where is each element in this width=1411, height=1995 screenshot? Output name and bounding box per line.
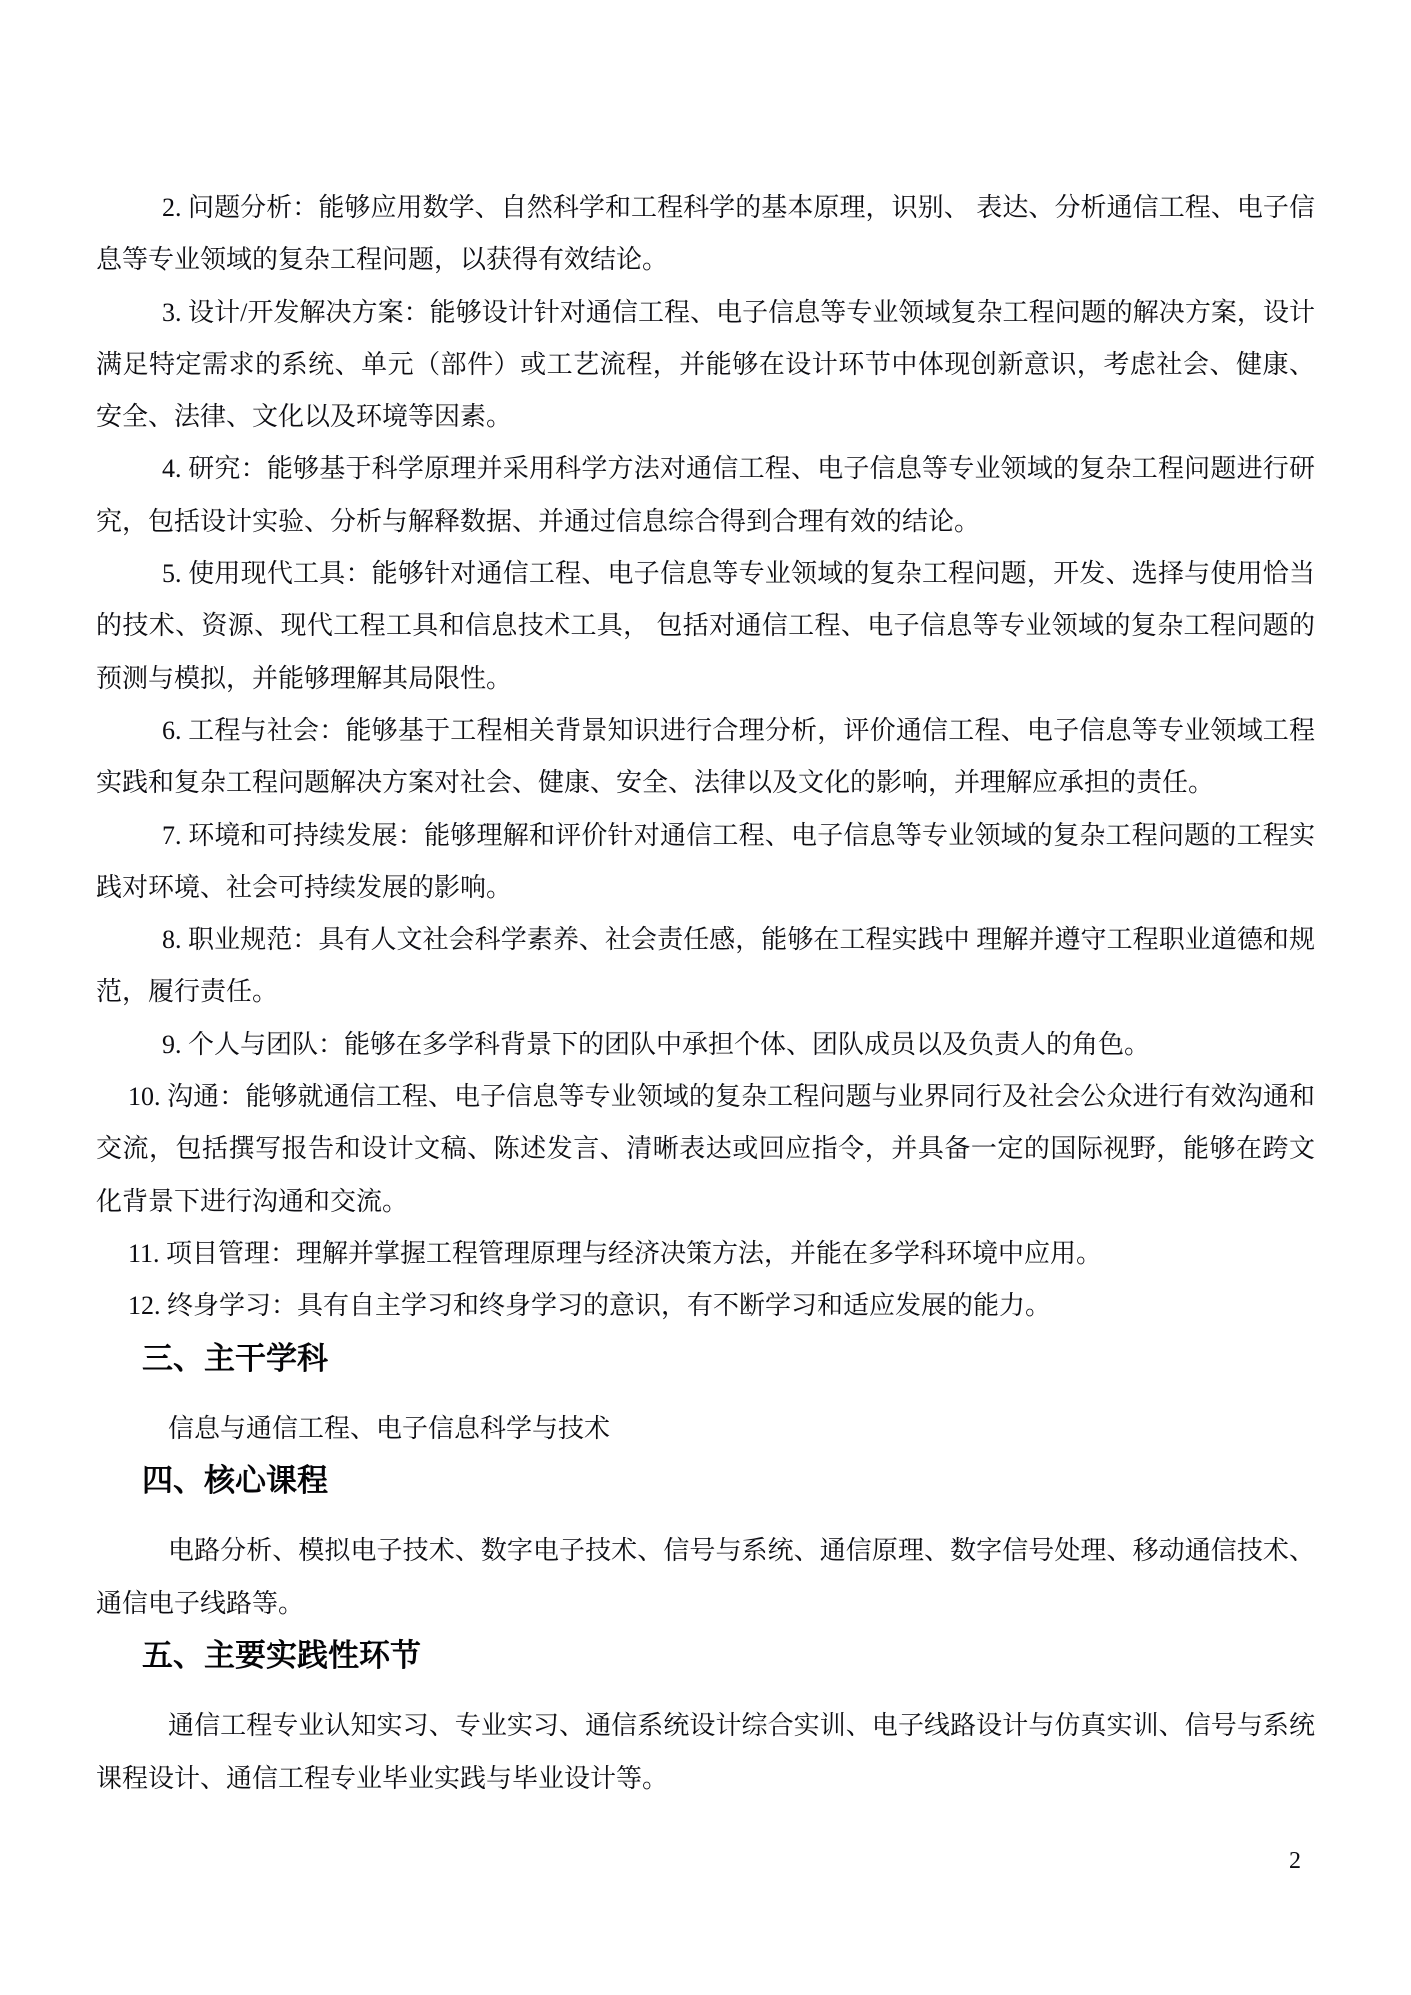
paragraph: 12. 终身学习：具有自主学习和终身学习的意识，有不断学习和适应发展的能力。 [96,1280,1315,1332]
paragraph: 10. 沟通：能够就通信工程、电子信息等专业领域的复杂工程问题与业界同行及社会公… [96,1071,1315,1228]
paragraph: 通信工程专业认知实习、专业实习、通信系统设计综合实训、电子线路设计与仿真实训、信… [96,1700,1315,1805]
paragraph: 6. 工程与社会：能够基于工程相关背景知识进行合理分析，评价通信工程、电子信息等… [96,705,1315,810]
paragraph: 4. 研究：能够基于科学原理并采用科学方法对通信工程、电子信息等专业领域的复杂工… [96,443,1315,548]
document-body: 2. 问题分析：能够应用数学、自然科学和工程科学的基本原理，识别、 表达、分析通… [96,182,1315,1805]
section-heading: 四、核心课程 [96,1455,1315,1507]
paragraph: 电路分析、模拟电子技术、数字电子技术、信号与系统、通信原理、数字信号处理、移动通… [96,1525,1315,1630]
document-page: 2. 问题分析：能够应用数学、自然科学和工程科学的基本原理，识别、 表达、分析通… [0,0,1411,1995]
paragraph: 2. 问题分析：能够应用数学、自然科学和工程科学的基本原理，识别、 表达、分析通… [96,182,1315,287]
paragraph: 11. 项目管理：理解并掌握工程管理原理与经济决策方法，并能在多学科环境中应用。 [96,1228,1315,1280]
paragraph: 3. 设计/开发解决方案：能够设计针对通信工程、电子信息等专业领域复杂工程问题的… [96,287,1315,444]
paragraph: 7. 环境和可持续发展：能够理解和评价针对通信工程、电子信息等专业领域的复杂工程… [96,810,1315,915]
paragraph: 信息与通信工程、电子信息科学与技术 [96,1403,1315,1455]
section-heading: 三、主干学科 [96,1333,1315,1385]
paragraph: 9. 个人与团队：能够在多学科背景下的团队中承担个体、团队成员以及负责人的角色。 [96,1019,1315,1071]
paragraph: 5. 使用现代工具：能够针对通信工程、电子信息等专业领域的复杂工程问题，开发、选… [96,548,1315,705]
page-number: 2 [1289,1846,1301,1876]
paragraph: 8. 职业规范：具有人文社会科学素养、社会责任感，能够在工程实践中 理解并遵守工… [96,914,1315,1019]
section-heading: 五、主要实践性环节 [96,1630,1315,1682]
